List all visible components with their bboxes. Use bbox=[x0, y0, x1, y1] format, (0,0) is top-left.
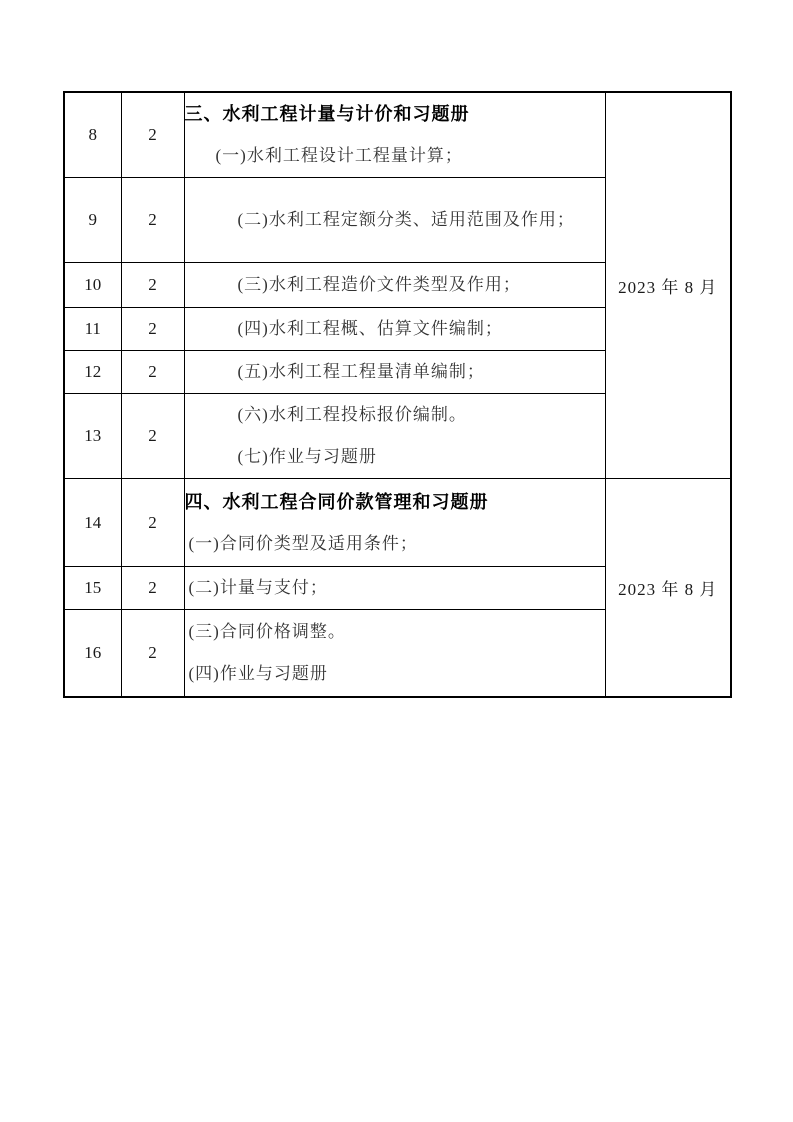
content-cell: 三、水利工程计量与计价和习题册 (一)水利工程设计工程量计算； bbox=[184, 92, 605, 178]
section-header: 四、水利工程合同价款管理和习题册 bbox=[185, 481, 605, 523]
seq-cell: 15 bbox=[64, 567, 121, 610]
content-line: (二)计量与支付； bbox=[185, 567, 605, 609]
seq-cell: 9 bbox=[64, 178, 121, 263]
content-cell: (三)合同价格调整。 (四)作业与习题册 bbox=[184, 610, 605, 697]
content-cell: 四、水利工程合同价款管理和习题册 (一)合同价类型及适用条件； bbox=[184, 479, 605, 567]
content-cell: (四)水利工程概、估算文件编制； bbox=[184, 308, 605, 351]
content-line: (三)合同价格调整。 bbox=[185, 611, 605, 653]
content-line: (二)水利工程定额分类、适用范围及作用； bbox=[185, 199, 605, 241]
date-cell: 2023 年 8 月 bbox=[605, 479, 731, 697]
hours-cell: 2 bbox=[121, 567, 184, 610]
date-cell: 2023 年 8 月 bbox=[605, 92, 731, 479]
content-line: (四)水利工程概、估算文件编制； bbox=[185, 308, 605, 350]
content-line: (一)合同价类型及适用条件； bbox=[185, 523, 605, 565]
document-page: 8 2 三、水利工程计量与计价和习题册 (一)水利工程设计工程量计算； 2023… bbox=[0, 0, 793, 1122]
content-line: (一)水利工程设计工程量计算； bbox=[185, 135, 605, 177]
content-line: (三)水利工程造价文件类型及作用； bbox=[185, 264, 605, 306]
hours-cell: 2 bbox=[121, 92, 184, 178]
content-cell: (六)水利工程投标报价编制。 (七)作业与习题册 bbox=[184, 394, 605, 479]
seq-cell: 13 bbox=[64, 394, 121, 479]
seq-cell: 14 bbox=[64, 479, 121, 567]
hours-cell: 2 bbox=[121, 394, 184, 479]
hours-cell: 2 bbox=[121, 610, 184, 697]
hours-cell: 2 bbox=[121, 479, 184, 567]
seq-cell: 8 bbox=[64, 92, 121, 178]
content-cell: (三)水利工程造价文件类型及作用； bbox=[184, 263, 605, 308]
hours-cell: 2 bbox=[121, 263, 184, 308]
content-cell: (二)水利工程定额分类、适用范围及作用； bbox=[184, 178, 605, 263]
seq-cell: 10 bbox=[64, 263, 121, 308]
hours-cell: 2 bbox=[121, 308, 184, 351]
hours-cell: 2 bbox=[121, 351, 184, 394]
content-cell: (五)水利工程工程量清单编制； bbox=[184, 351, 605, 394]
course-schedule-table: 8 2 三、水利工程计量与计价和习题册 (一)水利工程设计工程量计算； 2023… bbox=[63, 91, 732, 698]
seq-cell: 12 bbox=[64, 351, 121, 394]
section-header: 三、水利工程计量与计价和习题册 bbox=[185, 93, 605, 135]
seq-cell: 16 bbox=[64, 610, 121, 697]
content-line: (七)作业与习题册 bbox=[185, 436, 605, 478]
content-line: (五)水利工程工程量清单编制； bbox=[185, 351, 605, 393]
hours-cell: 2 bbox=[121, 178, 184, 263]
content-line: (四)作业与习题册 bbox=[185, 653, 605, 695]
seq-cell: 11 bbox=[64, 308, 121, 351]
content-cell: (二)计量与支付； bbox=[184, 567, 605, 610]
table-row: 8 2 三、水利工程计量与计价和习题册 (一)水利工程设计工程量计算； 2023… bbox=[64, 92, 731, 178]
content-line: (六)水利工程投标报价编制。 bbox=[185, 394, 605, 436]
table-row: 14 2 四、水利工程合同价款管理和习题册 (一)合同价类型及适用条件； 202… bbox=[64, 479, 731, 567]
